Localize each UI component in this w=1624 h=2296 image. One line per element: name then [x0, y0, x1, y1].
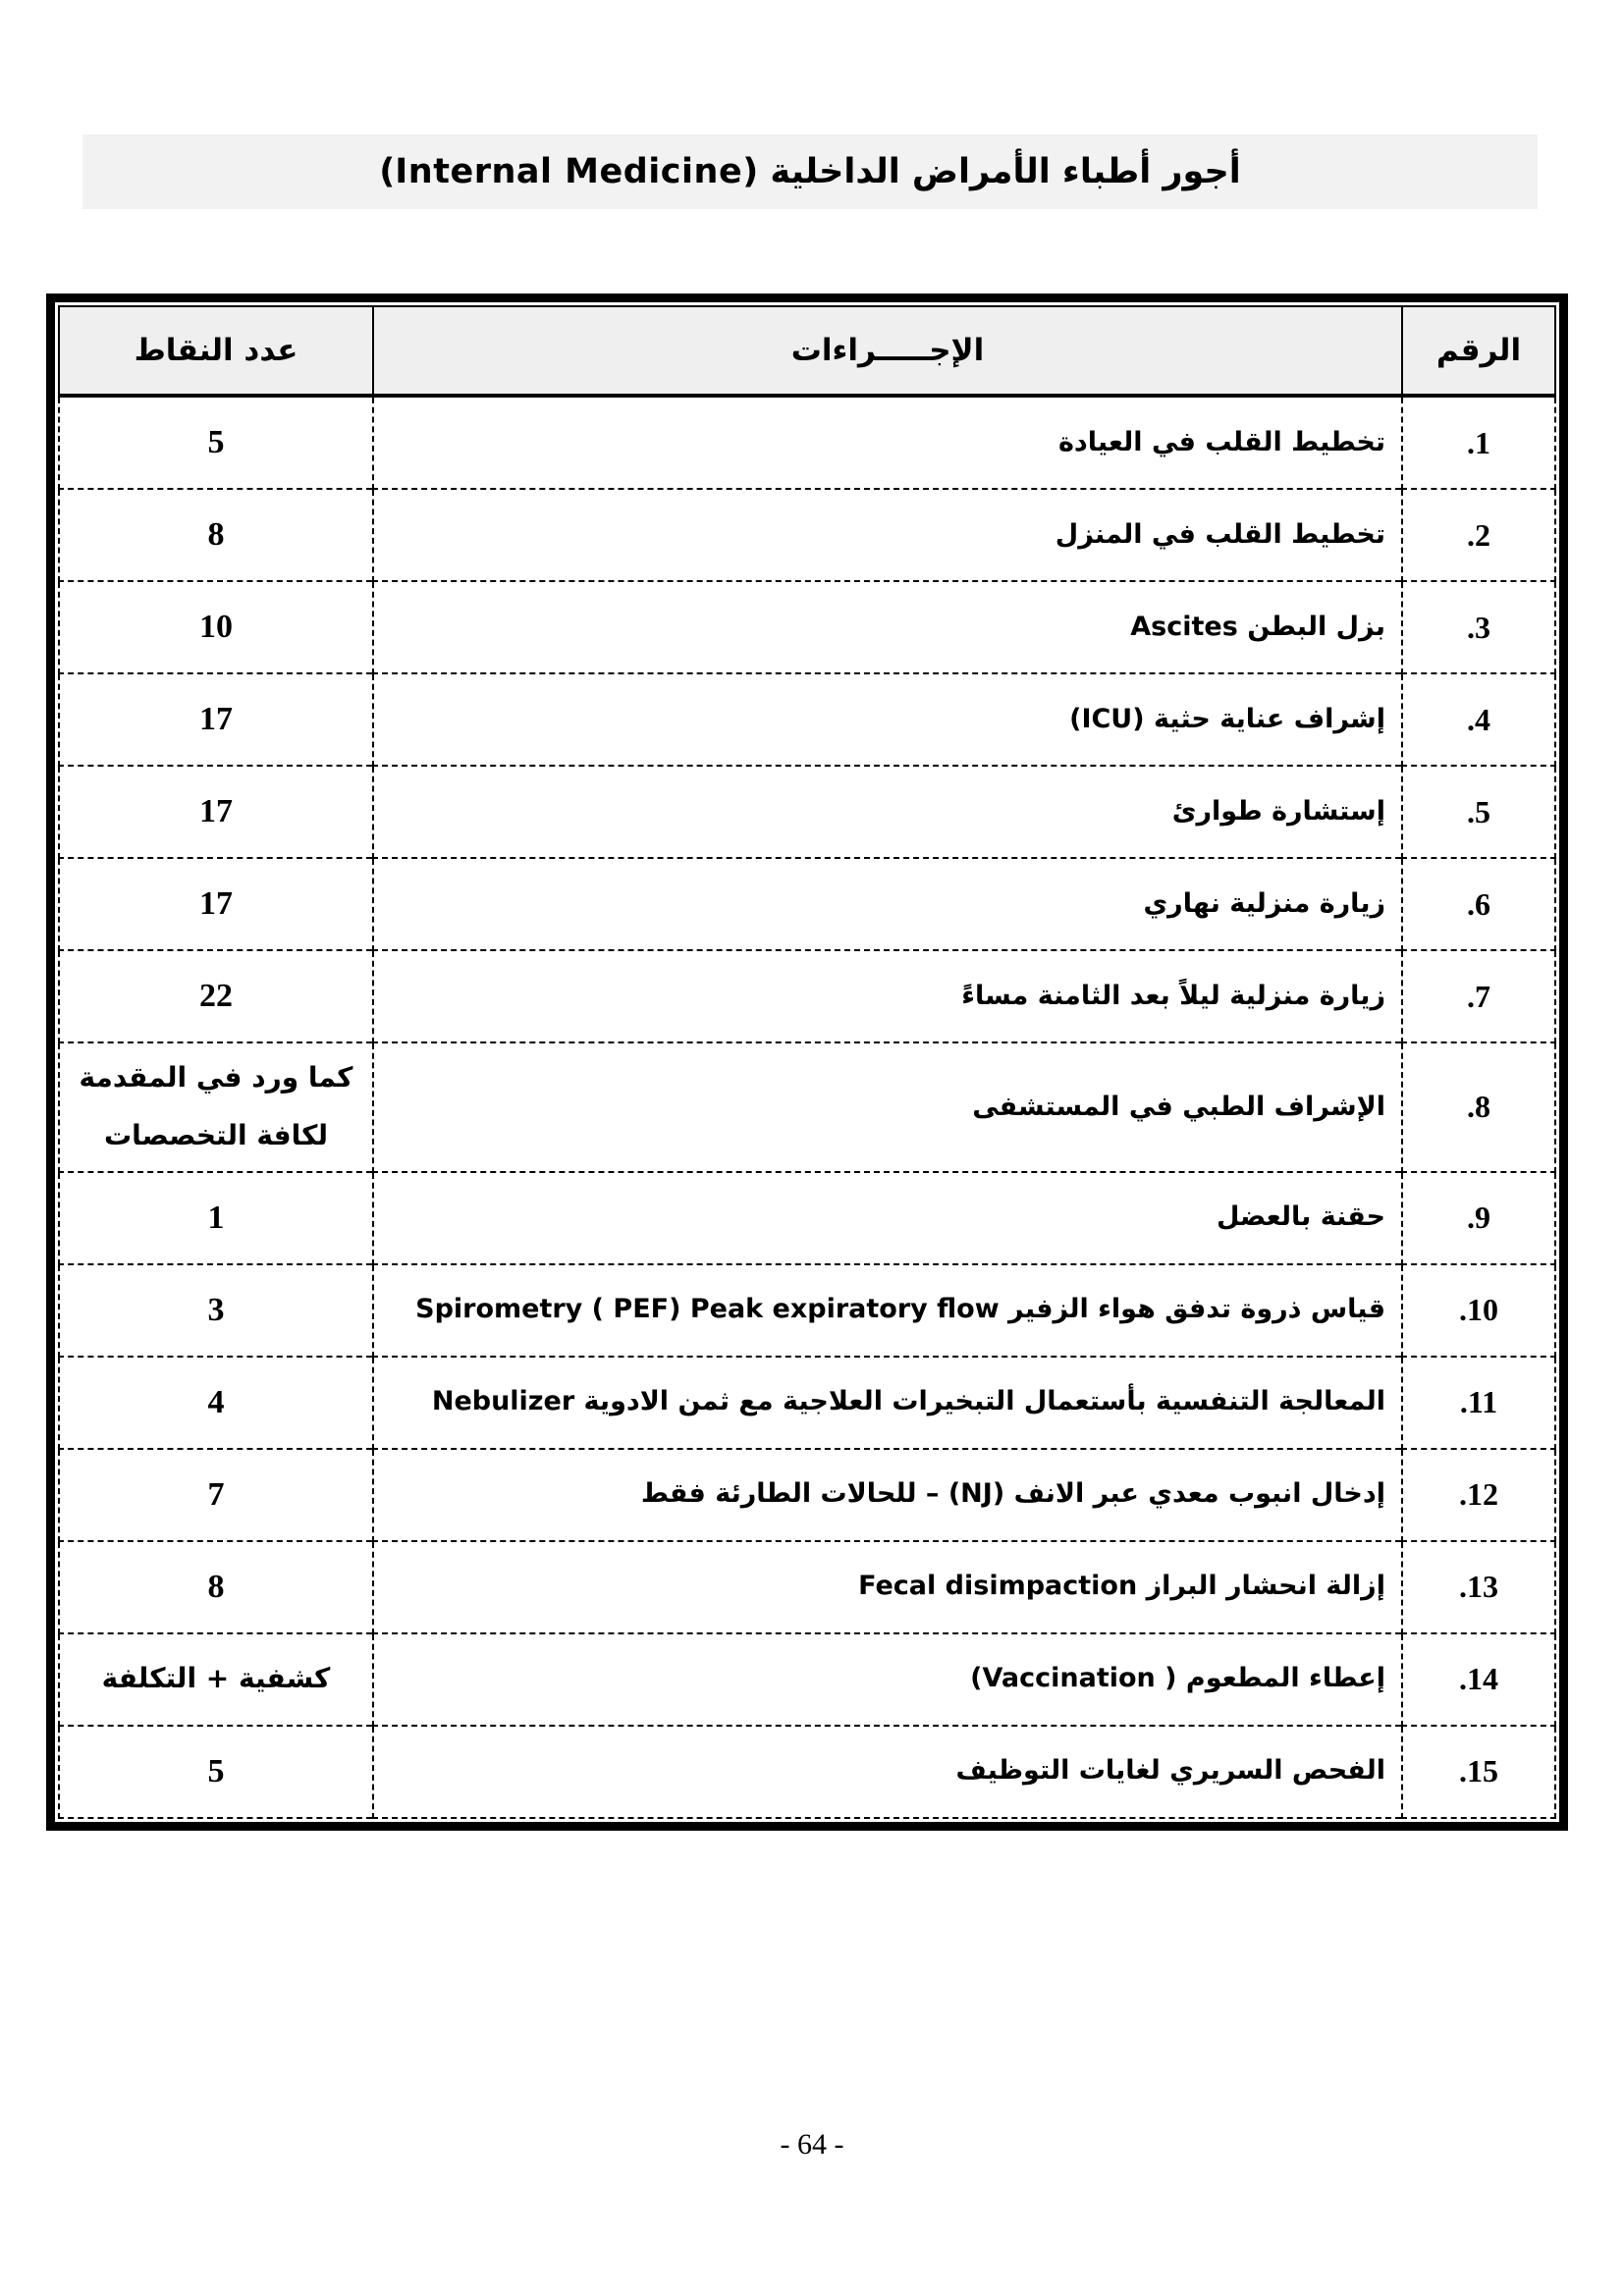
table-row: 7.زيارة منزلية ليلاً بعد الثامنة مساءً22: [59, 950, 1555, 1042]
row-number: 11.: [1402, 1357, 1555, 1449]
row-number: 2.: [1402, 489, 1555, 581]
procedure-name: الفحص السريري لغايات التوظيف: [373, 1726, 1402, 1818]
points-value: 1: [59, 1172, 373, 1264]
table-row: 14.إعطاء المطعوم ( Vaccination)كشفية + ا…: [59, 1633, 1555, 1726]
table-row: 5.إستشارة طوارئ17: [59, 766, 1555, 858]
fees-table: الرقم الإجـــــراءات عدد النقاط 1.تخطيط …: [58, 305, 1556, 1819]
fees-table-body: 1.تخطيط القلب في العيادة52.تخطيط القلب ف…: [59, 396, 1555, 1818]
table-row: 8.الإشراف الطبي في المستشفىكما ورد في ال…: [59, 1042, 1555, 1172]
points-value: 7: [59, 1449, 373, 1541]
table-row: 15.الفحص السريري لغايات التوظيف5: [59, 1726, 1555, 1818]
table-row: 11.المعالجة التنفسية بأستعمال التبخيرات …: [59, 1357, 1555, 1449]
procedure-name: إشراف عناية حثية (ICU): [373, 673, 1402, 766]
table-row: 9.حقنة بالعضل1: [59, 1172, 1555, 1264]
points-value: 22: [59, 950, 373, 1042]
header-row: الرقم الإجـــــراءات عدد النقاط: [59, 306, 1555, 396]
points-value: 3: [59, 1264, 373, 1357]
procedure-name: الإشراف الطبي في المستشفى: [373, 1042, 1402, 1172]
procedure-name: زيارة منزلية نهاري: [373, 858, 1402, 950]
table-row: 13.إزالة انحشار البراز Fecal disimpactio…: [59, 1541, 1555, 1633]
row-number: 12.: [1402, 1449, 1555, 1541]
row-number: 5.: [1402, 766, 1555, 858]
procedure-name: قياس ذروة تدفق هواء الزفير Spirometry ( …: [373, 1264, 1402, 1357]
row-number: 6.: [1402, 858, 1555, 950]
points-value: 10: [59, 581, 373, 673]
points-value: 5: [59, 1726, 373, 1818]
points-value: 17: [59, 766, 373, 858]
points-value: 4: [59, 1357, 373, 1449]
row-number: 10.: [1402, 1264, 1555, 1357]
procedure-name: تخطيط القلب في المنزل: [373, 489, 1402, 581]
row-number: 15.: [1402, 1726, 1555, 1818]
row-number: 7.: [1402, 950, 1555, 1042]
procedure-name: حقنة بالعضل: [373, 1172, 1402, 1264]
table-row: 12.إدخال انبوب معدي عبر الانف (NJ) – للح…: [59, 1449, 1555, 1541]
points-value: 8: [59, 489, 373, 581]
procedure-name: إزالة انحشار البراز Fecal disimpaction: [373, 1541, 1402, 1633]
row-number: 3.: [1402, 581, 1555, 673]
row-number: 14.: [1402, 1633, 1555, 1726]
fees-table-frame: الرقم الإجـــــراءات عدد النقاط 1.تخطيط …: [46, 294, 1568, 1831]
document-page: أجور أطباء الأمراض الداخلية (Internal Me…: [0, 0, 1624, 2296]
procedure-name: تخطيط القلب في العيادة: [373, 396, 1402, 489]
procedure-name: إعطاء المطعوم ( Vaccination): [373, 1633, 1402, 1726]
row-number: 8.: [1402, 1042, 1555, 1172]
procedure-name: المعالجة التنفسية بأستعمال التبخيرات الع…: [373, 1357, 1402, 1449]
row-number: 4.: [1402, 673, 1555, 766]
page-number: - 64 -: [0, 2128, 1624, 2162]
col-header-procedures: الإجـــــراءات: [373, 306, 1402, 396]
procedure-name: زيارة منزلية ليلاً بعد الثامنة مساءً: [373, 950, 1402, 1042]
row-number: 1.: [1402, 396, 1555, 489]
document-title: أجور أطباء الأمراض الداخلية (Internal Me…: [82, 134, 1538, 209]
procedure-name: إستشارة طوارئ: [373, 766, 1402, 858]
procedure-name: إدخال انبوب معدي عبر الانف (NJ) – للحالا…: [373, 1449, 1402, 1541]
row-number: 9.: [1402, 1172, 1555, 1264]
table-row: 2.تخطيط القلب في المنزل8: [59, 489, 1555, 581]
points-value: 17: [59, 858, 373, 950]
points-value: كشفية + التكلفة: [59, 1633, 373, 1726]
points-value: كما ورد في المقدمة لكافة التخصصات: [59, 1042, 373, 1172]
table-row: 10.قياس ذروة تدفق هواء الزفير Spirometry…: [59, 1264, 1555, 1357]
procedure-name: بزل البطن Ascites: [373, 581, 1402, 673]
table-row: 1.تخطيط القلب في العيادة5: [59, 396, 1555, 489]
col-header-points: عدد النقاط: [59, 306, 373, 396]
points-value: 5: [59, 396, 373, 489]
row-number: 13.: [1402, 1541, 1555, 1633]
points-value: 17: [59, 673, 373, 766]
table-row: 4.إشراف عناية حثية (ICU)17: [59, 673, 1555, 766]
col-header-number: الرقم: [1402, 306, 1555, 396]
table-row: 3.بزل البطن Ascites10: [59, 581, 1555, 673]
points-value: 8: [59, 1541, 373, 1633]
table-row: 6.زيارة منزلية نهاري17: [59, 858, 1555, 950]
